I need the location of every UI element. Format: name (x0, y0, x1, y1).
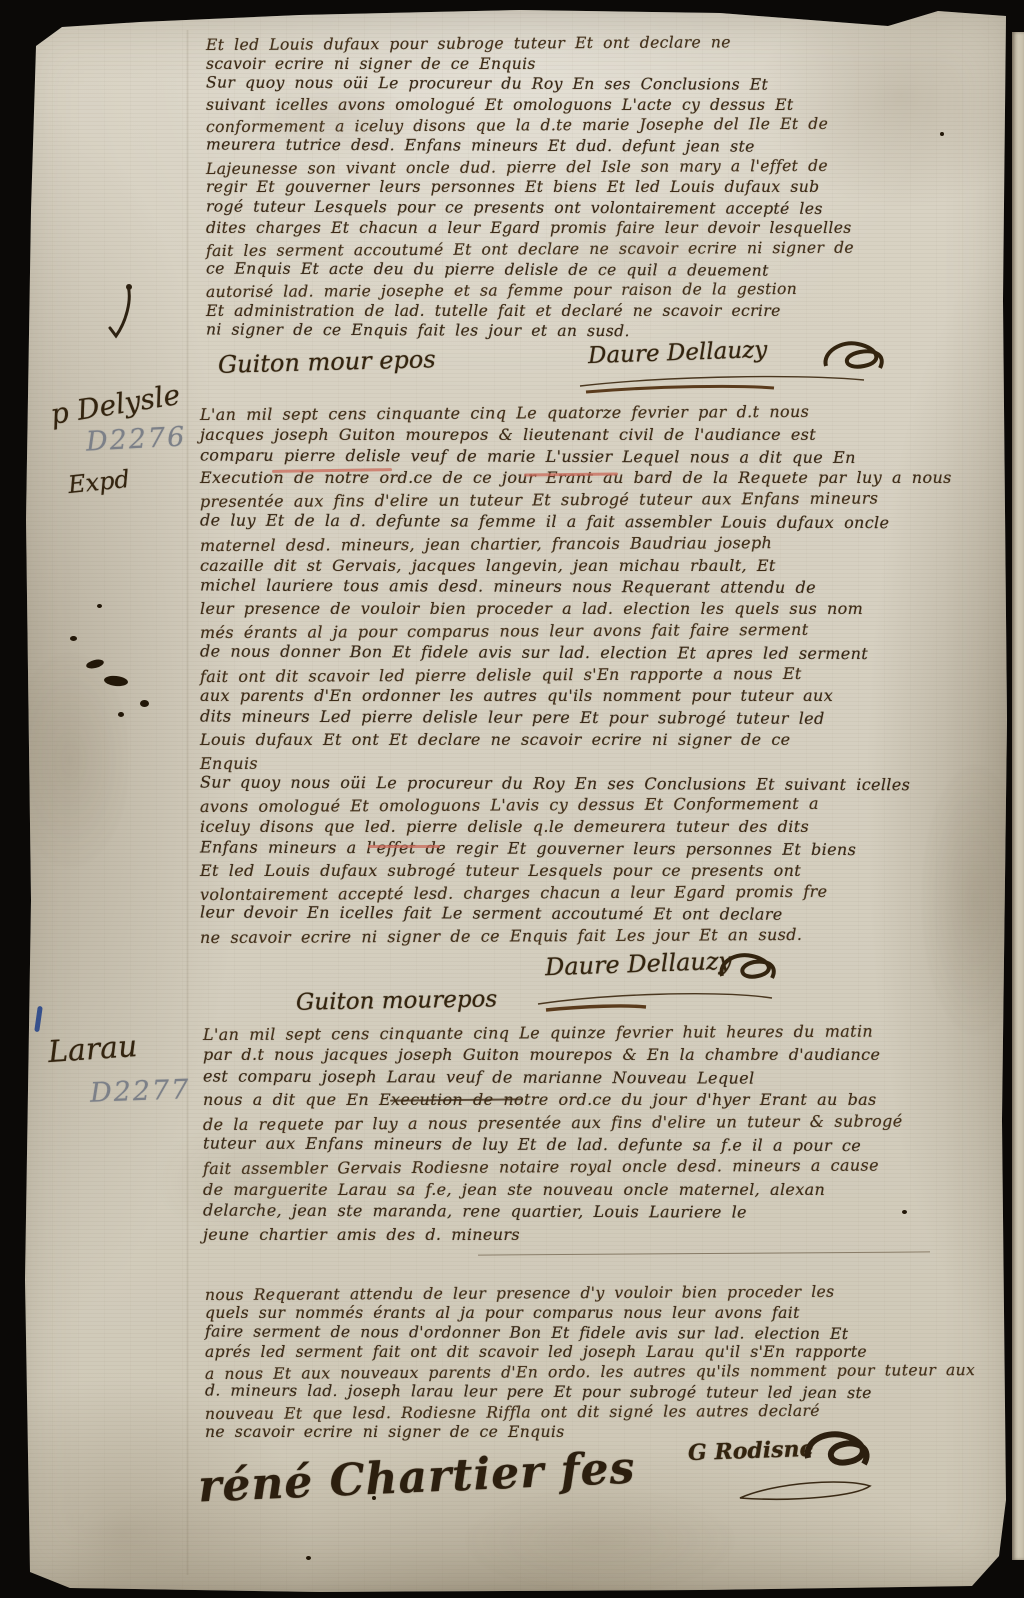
ink-speck (372, 1496, 376, 1500)
check-mark-icon (104, 282, 138, 348)
scan-frame: Et led Louis dufaux pour subroge tuteur … (0, 0, 1024, 1598)
ink-speck (140, 700, 149, 707)
manuscript-line: aprés led serment fait ont dit scavoir l… (205, 1343, 990, 1363)
manuscript-line: Enfans mineurs a l'effet de regir Et gou… (200, 836, 985, 861)
manuscript-line: nous Requerant attendu de leur presence … (205, 1282, 990, 1306)
manuscript-line: suivant icelles avons omologué Et omolog… (206, 95, 986, 116)
manuscript-line: meurera tutrice desd. Enfans mineurs Et … (206, 134, 986, 158)
manuscript-line: ne scavoir ecrire ni signer de ce Enquis… (200, 923, 985, 949)
manuscript-line: regir Et gouverner leurs personnes Et bi… (206, 177, 986, 198)
manuscript-line: dits mineurs Led pierre delisle leur per… (200, 706, 985, 731)
manuscript-line: fait assembler Gervais Rodiesne notaire … (203, 1154, 988, 1181)
manuscript-line: maternel desd. mineurs, jean chartier, f… (200, 531, 985, 557)
manuscript-line: jeune chartier amis des d. mineurs (203, 1224, 988, 1246)
manuscript-line: dites charges Et chacun a leur Egard pro… (206, 218, 986, 239)
manuscript-line: de nous donner Bon Et fidele avis sur la… (200, 640, 985, 665)
paragraph-larau-election: L'an mil sept cens cinquante cinq Le qui… (203, 1022, 988, 1246)
signature-rodiesne: G Rodisne (688, 1436, 814, 1466)
ink-speck (306, 1556, 311, 1560)
manuscript-line: L'an mil sept cens cinquante cinq Le qua… (200, 400, 985, 426)
manuscript-line: fait ont dit scavoir led pierre delisle … (200, 662, 985, 688)
manuscript-line: L'an mil sept cens cinquante cinq Le qui… (203, 1020, 988, 1047)
signature-rene-chartier: réné Chartier fes (197, 1442, 636, 1512)
manuscript-line: avons omologué Et omologuons L'avis cy d… (200, 792, 985, 818)
ink-speck (85, 658, 104, 670)
manuscript-line: michel lauriere tous amis desd. mineurs … (200, 575, 985, 600)
signature-guiton-1: Guiton mour epos (218, 345, 436, 379)
signature-underline-icon (578, 372, 868, 396)
manuscript-line: jacques joseph Guiton mourepos & lieuten… (200, 424, 985, 446)
archive-number-d2276: D2276 (85, 421, 187, 457)
manuscript-line: Enquis (200, 749, 985, 775)
ink-speck (104, 675, 129, 687)
manuscript-line: Et led Louis dufaux pour subroge tuteur … (206, 31, 986, 56)
signature-daure-1: Daure Dellauzy (588, 337, 768, 369)
ink-speck (940, 132, 944, 136)
paragraph-delisle-election: L'an mil sept cens cinquante cinq Le qua… (200, 402, 985, 947)
manuscript-line: Louis dufaux Et ont Et declare ne scavoi… (200, 729, 985, 751)
margin-crease (186, 30, 189, 1575)
signature-daure-2: Daure Dellauzy (545, 947, 733, 982)
line-filler-rule (478, 1251, 930, 1255)
ink-speck (70, 636, 77, 641)
manuscript-line: iceluy disons que led. pierre delisle q.… (200, 816, 985, 838)
manuscript-line: par d.t nous jacques joseph Guiton moure… (203, 1044, 988, 1066)
manuscript-line: cazaille dit st Gervais, jacques langevi… (200, 555, 985, 577)
manuscript-line: autorisé lad. marie josephe et sa femme … (206, 278, 986, 303)
red-underline-mark (368, 845, 440, 848)
manuscript-line: nous a dit que En Execution de notre ord… (203, 1089, 988, 1111)
manuscript-line: Et led Louis dufaux subrogé tuteur Lesqu… (200, 860, 985, 882)
manuscript-line: est comparu joseph Larau veuf de mariann… (203, 1065, 988, 1090)
manuscript-line: scavoir ecrire ni signer de ce Enquis (206, 54, 986, 75)
adjacent-page-edge (1012, 32, 1024, 1560)
archive-number-d2277: D2277 (89, 1074, 190, 1108)
blue-pen-mark (34, 1006, 43, 1032)
manuscript-line: Et administration de lad. tutelle fait e… (206, 301, 986, 322)
margin-note-larau: Larau (47, 1029, 139, 1070)
manuscript-line: leur presence de vouloir bien proceder a… (200, 598, 985, 620)
signature-underline-icon (536, 988, 776, 1014)
manuscript-page: Et led Louis dufaux pour subroge tuteur … (0, 0, 1024, 1598)
manuscript-line: més érants al ja pour comparus nous leur… (200, 618, 985, 644)
manuscript-line: fait les serment accoutumé Et ont declar… (206, 237, 986, 262)
ink-speck (902, 1210, 907, 1214)
manuscript-line: faire serment de nous d'ordonner Bon Et … (205, 1322, 990, 1345)
manuscript-line: quels sur nommés érants al ja pour compa… (205, 1304, 990, 1324)
manuscript-line: delarche, jean ste maranda, rene quartie… (203, 1200, 988, 1225)
signature-underline-icon (736, 1476, 876, 1506)
paraph-flourish-icon (716, 948, 782, 992)
ink-speck (118, 712, 124, 717)
paraph-flourish-icon (800, 1428, 876, 1478)
manuscript-line: Sur quoy nous oüi Le procureur du Roy En… (206, 73, 986, 97)
signature-guiton-2: Guiton mourepos (296, 986, 498, 1016)
manuscript-line: aux parents d'En ordonner les autres qu'… (200, 685, 985, 707)
manuscript-line: comparu pierre delisle veuf de marie L'u… (200, 444, 985, 469)
manuscript-line: de marguerite Larau sa f.e, jean ste nou… (203, 1179, 988, 1201)
paragraph-delisle-judgment: Et led Louis dufaux pour subroge tuteur … (206, 33, 986, 342)
manuscript-line: nouveau Et que lesd. Rodiesne Riffla ont… (205, 1401, 990, 1425)
ink-speck (97, 604, 102, 608)
margin-note-expd: Expd (67, 465, 131, 499)
paragraph-larau-judgment: nous Requerant attendu de leur presence … (205, 1284, 990, 1442)
manuscript-line: rogé tuteur Lesquels pour ce presents on… (206, 196, 986, 220)
manuscript-line: Lajeunesse son vivant oncle dud. pierre … (206, 155, 986, 180)
